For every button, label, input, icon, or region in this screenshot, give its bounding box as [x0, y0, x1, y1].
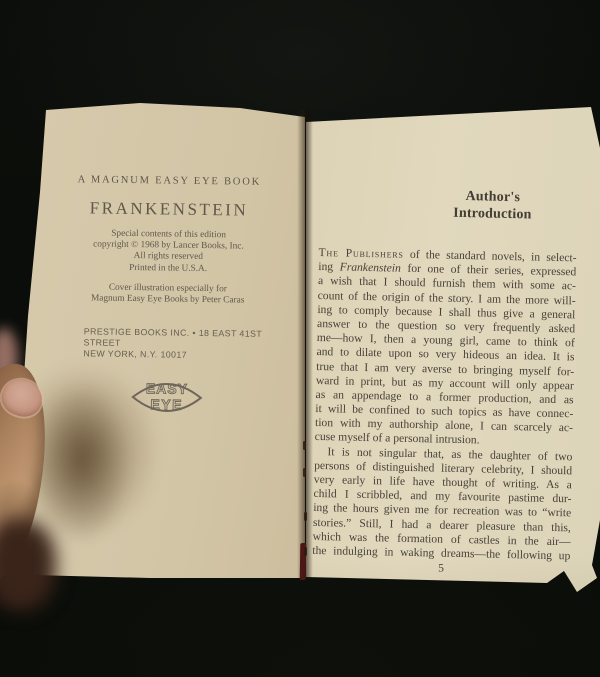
publisher-line: NEW YORK, N.Y. 10017 — [83, 349, 274, 363]
photo-open-book: A MAGNUM EASY EYE BOOK FRANKENSTEIN Spec… — [0, 0, 600, 677]
imprint-line: A MAGNUM EASY EYE BOOK — [62, 174, 277, 188]
heading-line: Introduction — [407, 204, 577, 224]
svg-text:EYE: EYE — [150, 396, 183, 412]
svg-text:EASY: EASY — [145, 380, 187, 397]
eye-lens-icon: EASY EYE — [129, 374, 204, 421]
binding-stitch — [303, 441, 306, 450]
book-title: FRANKENSTEIN — [61, 198, 276, 221]
cover-credit-block: Cover illustration especially for Magnum… — [60, 282, 275, 307]
cover-credit-line: Magnum Easy Eye Books by Peter Caras — [60, 293, 275, 307]
publisher-block: PRESTIGE BOOKS INC. • 18 EAST 41ST STREE… — [59, 326, 274, 362]
publisher-line: PRESTIGE BOOKS INC. • 18 EAST 41ST STREE… — [84, 327, 275, 352]
left-page-text: A MAGNUM EASY EYE BOOK FRANKENSTEIN Spec… — [58, 170, 277, 427]
right-page-text: Author's Introduction The Publishers of … — [312, 186, 578, 577]
chapter-heading: Author's Introduction — [407, 188, 578, 225]
binding-stitch — [304, 512, 307, 521]
binding-stitch — [304, 547, 307, 556]
easy-eye-logo: EASY EYE — [58, 373, 274, 427]
copyright-block: Special contents of this edition copyrig… — [61, 228, 277, 276]
hand-shadow — [0, 520, 56, 610]
body-text: The Publishers of the standard novels, i… — [312, 246, 576, 563]
binding-stitch — [303, 468, 306, 477]
copyright-line: Printed in the U.S.A. — [61, 262, 276, 276]
book-gutter — [297, 110, 313, 580]
